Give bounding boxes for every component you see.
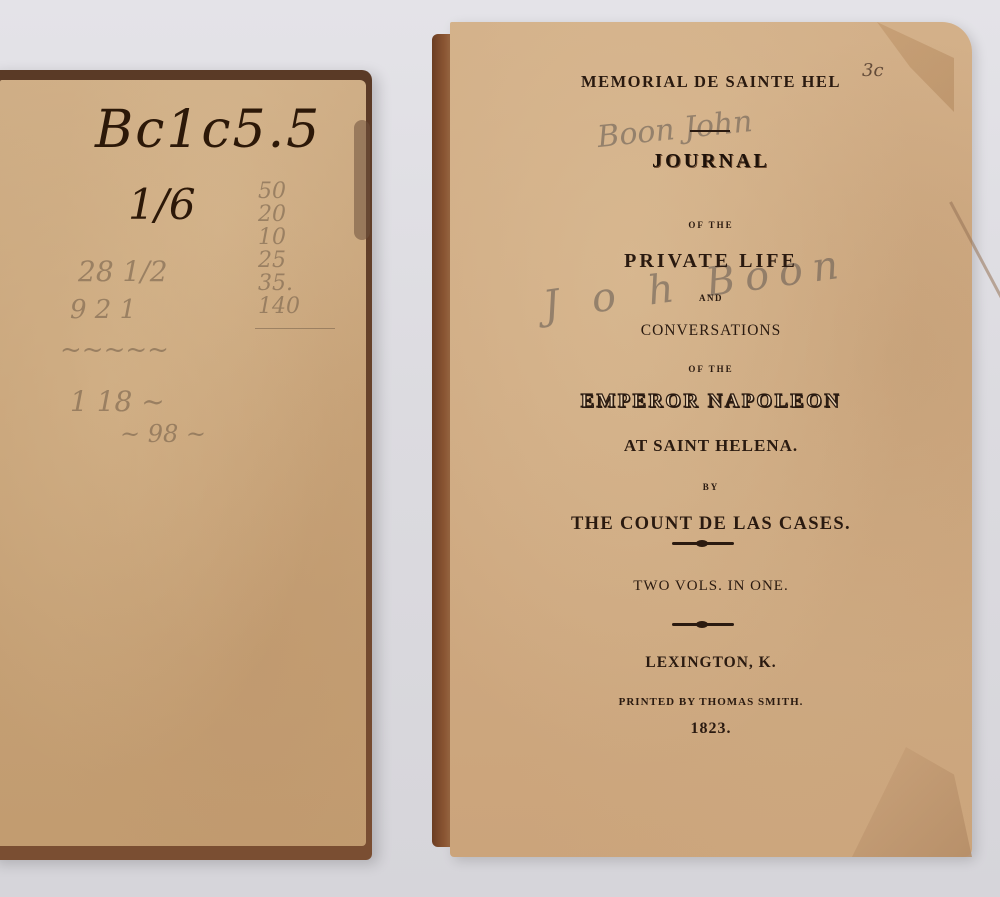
pencil-sum-rule [255, 328, 335, 329]
title-emperor-napoleon: EMPEROR NAPOLEON [450, 390, 972, 413]
pencil-note: 1 18 ~ [70, 385, 165, 418]
left-book: Bc1c5.5 1/6 50 20 10 25 35. 140 28 1/2 9… [0, 70, 372, 860]
imprint-year: 1823. [450, 720, 972, 738]
ink-price: 1/6 [128, 180, 196, 229]
pencil-note: 9 2 1 [70, 295, 136, 325]
imprint-printer: PRINTED BY THOMAS SMITH. [450, 696, 972, 708]
title-volumes: TWO VOLS. IN ONE. [450, 578, 972, 595]
title-saint-helena: AT SAINT HELENA. [450, 436, 972, 456]
pencil-note: ~ 98 ~ [120, 420, 206, 448]
imprint-place: LEXINGTON, K. [450, 654, 972, 672]
ornamental-rule [672, 623, 734, 626]
title-private-life: PRIVATE LIFE [450, 250, 972, 273]
pencil-column: 50 20 10 25 35. 140 [258, 180, 300, 318]
title-of-the: OF THE [450, 364, 972, 374]
ornamental-rule [672, 542, 734, 545]
right-book: Boon John J o h Boon 3c MEMORIAL DE SAIN… [432, 22, 972, 857]
title-conversations: CONVERSATIONS [450, 322, 972, 340]
ink-inscription: Bc1c5.5 [95, 100, 321, 160]
title-journal: JOURNAL [450, 150, 972, 173]
title-and: AND [450, 293, 972, 303]
pencil-note: ~~~~~ [60, 335, 169, 365]
title-of-the: OF THE [450, 220, 972, 230]
title-by: BY [450, 482, 972, 492]
photograph: Bc1c5.5 1/6 50 20 10 25 35. 140 28 1/2 9… [0, 0, 1000, 897]
short-rule [690, 130, 730, 132]
title-author: THE COUNT DE LAS CASES. [450, 514, 972, 535]
back-cover: Bc1c5.5 1/6 50 20 10 25 35. 140 28 1/2 9… [0, 80, 366, 846]
folded-corner-bottom [852, 747, 972, 857]
running-head: MEMORIAL DE SAINTE HEL [450, 72, 972, 92]
pencil-note: 28 1/2 [78, 255, 168, 288]
folded-corner-top [844, 22, 954, 112]
